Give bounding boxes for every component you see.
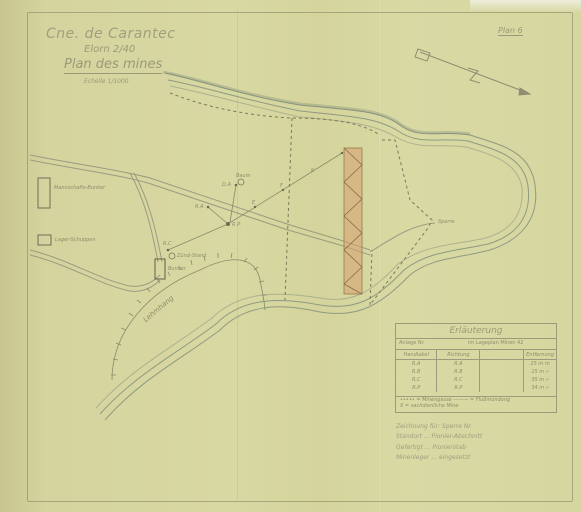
note-line: Gefertigt ... Pionierstab [396,444,466,451]
legend-cell: R.C [396,376,437,384]
legend-cell: R.B [396,368,437,376]
bunker-icon [155,259,165,279]
legend-cell: R.B [437,368,480,376]
legend-cell: 15 m » [524,368,556,376]
label-baum: Baum [236,173,251,179]
legend-cell: R.A [437,360,480,369]
label-point-rp: R.P. [232,222,241,228]
legend-col-header [480,350,524,360]
legend-row: R.C R.C 35 m » [396,376,556,384]
label-point-ra: R.A [195,204,203,210]
note-line: Zeichnung für: Sperre Nr. [396,423,472,430]
zuendstelle-icon [169,253,175,259]
legend-row: R.B R.B 15 m » [396,368,556,376]
label-building-large: Mannschafts-Bunker [54,185,105,191]
legend-cell [480,368,524,376]
note-line: Minenleger ... eingesetzt [396,454,470,461]
legend-cell [480,360,524,369]
tree-icon [238,179,244,185]
legend-col-header: Entfernung [524,350,556,360]
map-drawing [0,0,581,512]
label-point-k: K [311,168,314,174]
legend-cell [480,384,524,392]
minefield-boundary [170,93,432,305]
label-bunker: Bunker [168,266,186,272]
legend-row-label: Anlage Nr. [399,340,425,346]
legend-cell: R.P [396,384,437,392]
legend-cell: 25 m m [524,360,556,369]
legend-row: R.A R.A 25 m m [396,360,556,369]
label-point-f: F [280,183,283,189]
legend-cell: R.C [437,376,480,384]
legend-cell [480,376,524,384]
north-arrow-icon [415,49,530,95]
label-point-da: D.A [222,182,231,188]
legend-col-header: Handlabel [396,350,437,360]
label-zuendstelle: Zünd-Stand [177,253,206,259]
legend-cell: R.P [437,384,480,392]
building-large-icon [38,178,50,208]
legend-footer: ••••• = Minengasse ——— = Flußmündung X =… [396,396,556,409]
minefield-zone [344,148,362,294]
legend-subheader: Anlage Nr. im Lageplan Minen 42 [396,339,556,350]
legend-title: Erläuterung [396,324,556,339]
label-sperre: Sperre [438,219,455,225]
label-point-e: E [252,200,255,206]
legend-cell: 35 m » [524,376,556,384]
coast-shading [163,72,470,134]
legend-cell: R.A [396,360,437,369]
legend-row-value: im Lageplan Minen 42 [468,340,523,346]
legend-row: R.P R.P 34 m » [396,384,556,392]
legend-col-header: Richtung [437,350,480,360]
legend-footer-line: X = sachdienliche Mine [400,403,556,409]
slope-hatching [111,253,267,380]
legend-box: Erläuterung Anlage Nr. im Lageplan Minen… [395,323,557,413]
label-building-small: Lager-Schuppen [55,237,96,243]
building-small-icon [38,235,51,245]
legend-table: Handlabel Richtung Entfernung R.A R.A 25… [396,350,556,392]
note-line: Standort ... Pionier-Abschnitt [396,433,482,440]
legend-cell: 34 m » [524,384,556,392]
label-point-rc: R.C [163,241,172,247]
